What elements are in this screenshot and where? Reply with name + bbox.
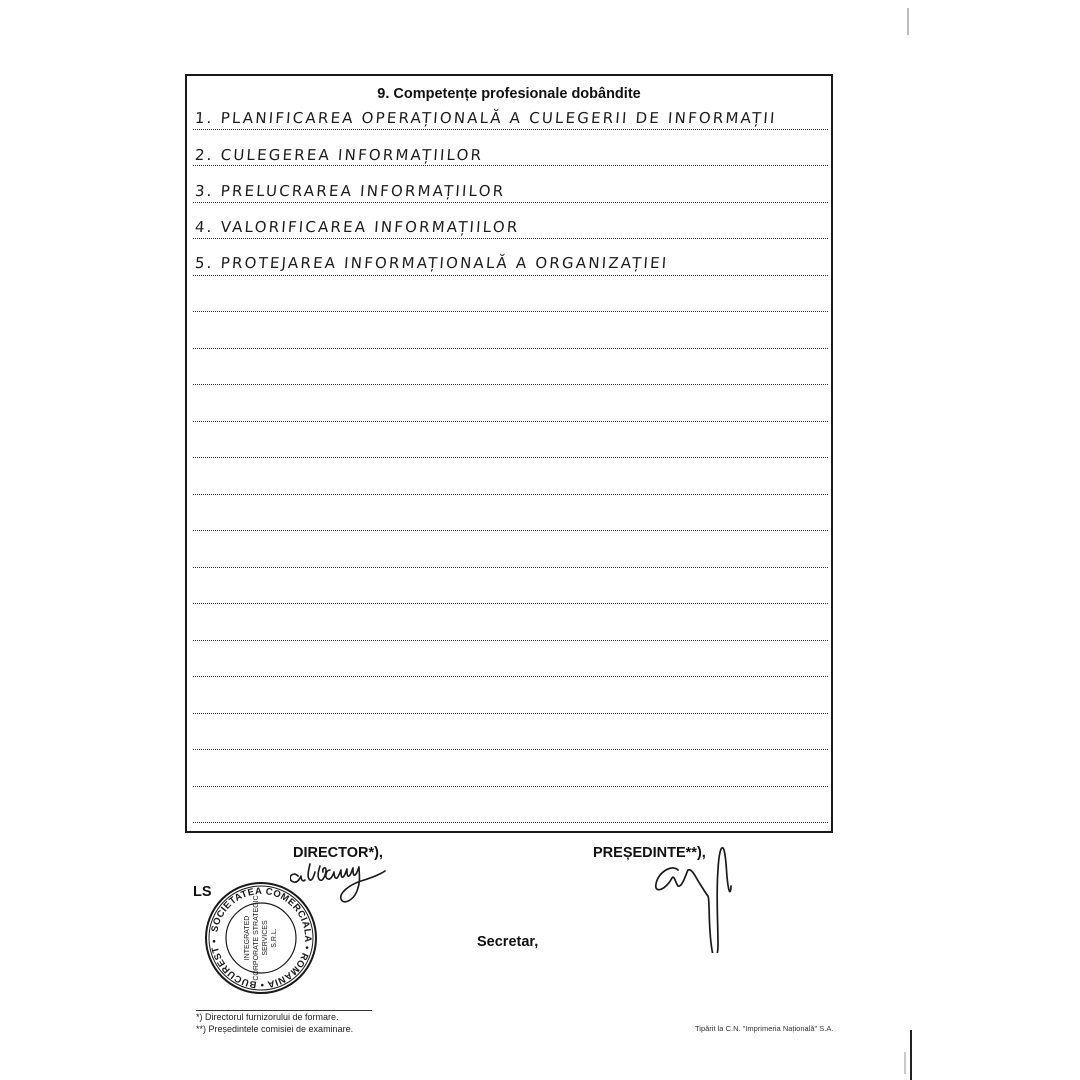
director-signature bbox=[290, 858, 420, 916]
president-signature bbox=[650, 838, 750, 953]
footnote-president: **) Președintele comisiei de examinare. bbox=[196, 1024, 353, 1034]
svg-text:CORPORATE STRATEGIC: CORPORATE STRATEGIC bbox=[253, 895, 260, 980]
scan-artifact bbox=[904, 1052, 906, 1074]
dotted-line bbox=[193, 129, 828, 130]
dotted-line bbox=[193, 494, 828, 495]
dotted-line bbox=[193, 676, 828, 677]
dotted-line bbox=[193, 384, 828, 385]
printer-note: Tipărit la C.N. "Imprimeria Națională" S… bbox=[695, 1024, 833, 1033]
dotted-line bbox=[193, 530, 828, 531]
dotted-line bbox=[193, 786, 828, 787]
dotted-line bbox=[193, 603, 828, 604]
footnote-divider bbox=[196, 1010, 372, 1011]
dotted-line bbox=[193, 275, 828, 276]
footnote-director: *) Directorul furnizorului de formare. bbox=[196, 1012, 339, 1022]
secretary-label: Secretar, bbox=[477, 934, 538, 950]
competencies-section: 9. Competențe profesionale dobândite 1. … bbox=[185, 74, 833, 833]
dotted-line bbox=[193, 348, 828, 349]
scan-artifact bbox=[910, 1030, 912, 1080]
dotted-line bbox=[193, 822, 828, 823]
competency-entry: 4. VALORIFICAREA INFORMAȚIILOR bbox=[194, 218, 520, 236]
dotted-line bbox=[193, 567, 828, 568]
competency-entry: 5. PROTEJAREA INFORMAȚIONALĂ A ORGANIZAȚ… bbox=[194, 254, 669, 272]
dotted-line bbox=[193, 640, 828, 641]
scan-artifact bbox=[907, 8, 909, 35]
dotted-line bbox=[193, 749, 828, 750]
svg-text:INTEGRATED: INTEGRATED bbox=[244, 916, 251, 961]
section-title: 9. Competențe profesionale dobândite bbox=[187, 86, 831, 102]
competency-entry: 2. CULEGEREA INFORMAȚIILOR bbox=[194, 146, 483, 164]
dotted-line bbox=[193, 713, 828, 714]
svg-text:S.R.L.: S.R.L. bbox=[271, 928, 278, 948]
competency-entry: 3. PRELUCRAREA INFORMAȚIILOR bbox=[194, 182, 506, 200]
dotted-line bbox=[193, 457, 828, 458]
dotted-line bbox=[193, 311, 828, 312]
svg-text:SERVICES: SERVICES bbox=[262, 920, 269, 956]
dotted-line bbox=[193, 238, 828, 239]
competency-entry: 1. PLANIFICAREA OPERAȚIONALĂ A CULEGERII… bbox=[194, 109, 777, 127]
dotted-line bbox=[193, 165, 828, 166]
dotted-line bbox=[193, 421, 828, 422]
dotted-line bbox=[193, 202, 828, 203]
